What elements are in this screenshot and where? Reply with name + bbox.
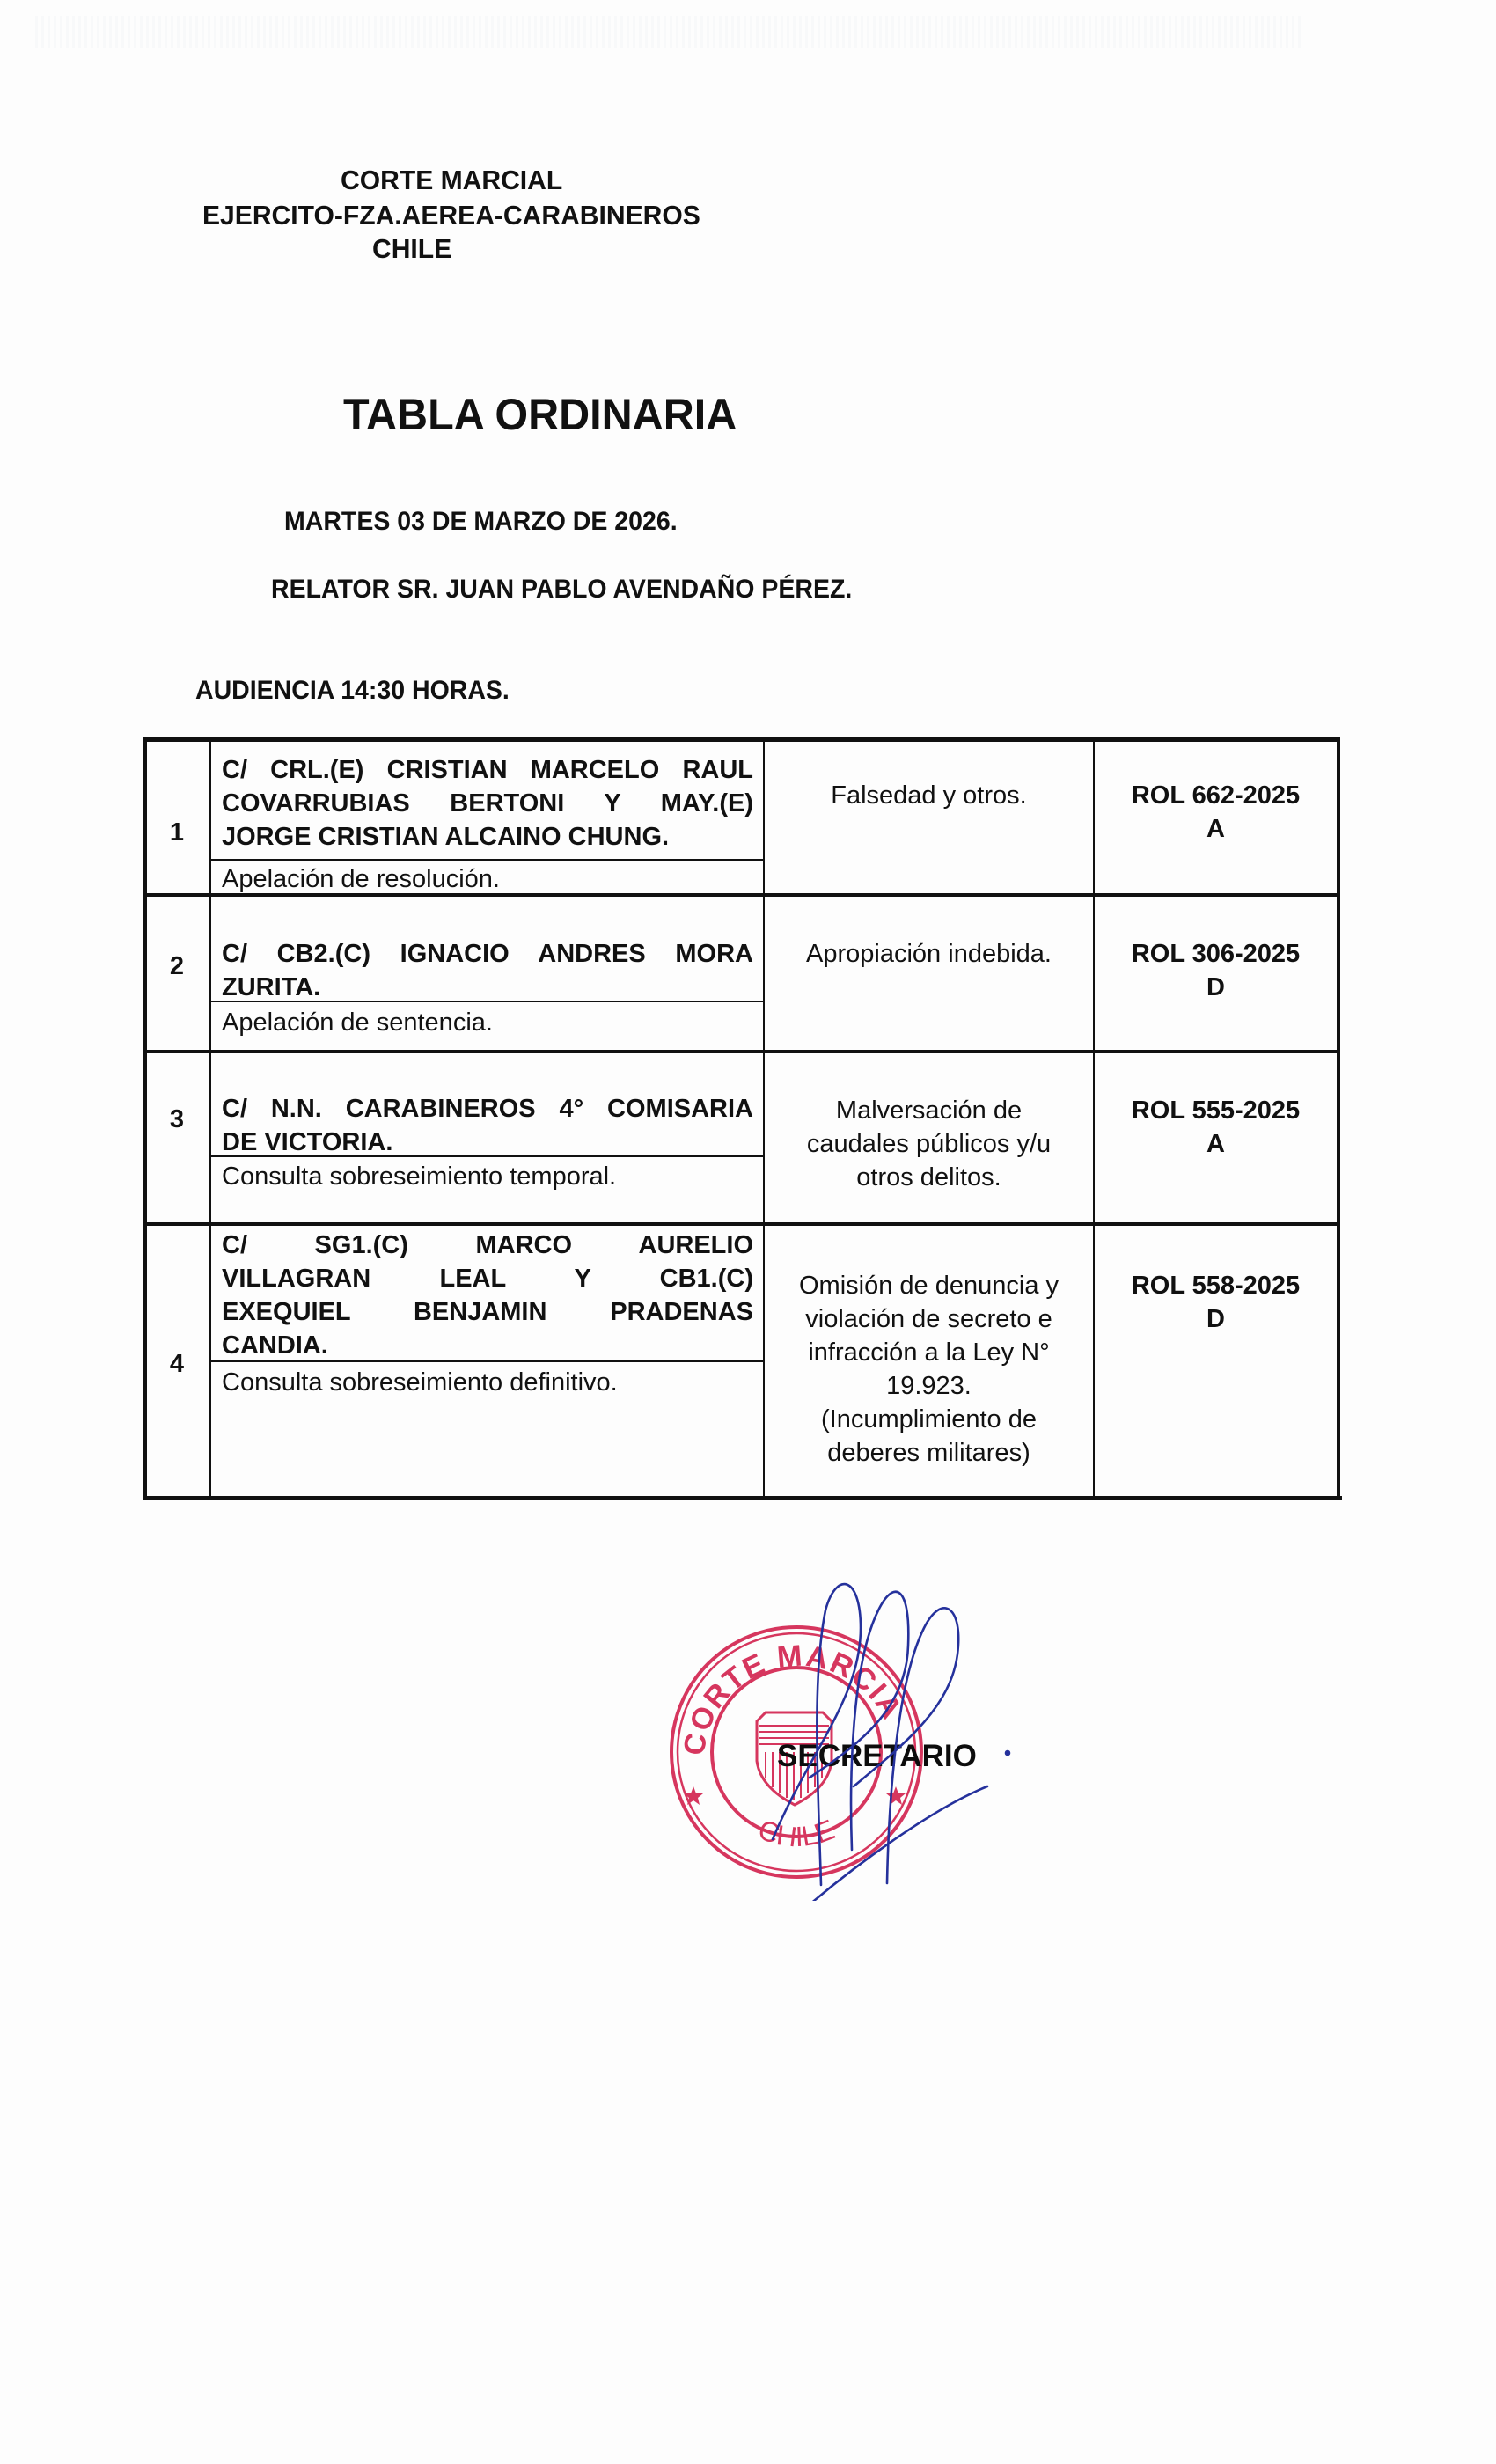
case-procedure: Consulta sobreseimiento temporal. <box>222 1160 616 1193</box>
case-rol: ROL 555-2025 A <box>1095 1094 1337 1161</box>
case-number: 1 <box>143 818 210 847</box>
case-parties: C/ SG1.(C) MARCO AURELIO VILLAGRAN LEAL … <box>222 1228 753 1362</box>
case-parties: C/ CRL.(E) CRISTIAN MARCELO RAUL COVARRU… <box>222 753 753 854</box>
case-offense: Falsedad y otros. <box>765 779 1093 812</box>
table-border-bottom <box>143 1496 1342 1500</box>
sub-divider <box>210 859 764 861</box>
case-procedure: Apelación de sentencia. <box>222 1006 493 1039</box>
table-border-right <box>1337 737 1340 1500</box>
case-rol: ROL 306-2025 D <box>1095 937 1337 1004</box>
hearing-time: AUDIENCIA 14:30 HORAS. <box>195 678 510 704</box>
case-parties: C/ CB2.(C) IGNACIO ANDRES MORA ZURITA. <box>222 937 753 1004</box>
case-offense: Malversación de caudales públicos y/u ot… <box>765 1094 1093 1194</box>
header-country: CHILE <box>372 235 451 262</box>
case-number: 4 <box>143 1350 210 1379</box>
hearing-date: MARTES 03 DE MARZO DE 2026. <box>284 509 678 535</box>
svg-text:CHILE: CHILE <box>754 1814 839 1853</box>
table-border-top <box>143 737 1340 742</box>
case-procedure: Consulta sobreseimiento definitivo. <box>222 1366 618 1399</box>
signatory-title: SECRETARIO <box>777 1741 977 1771</box>
case-rol: ROL 558-2025 D <box>1095 1269 1337 1336</box>
cases-table: 1 C/ CRL.(E) CRISTIAN MARCELO RAUL COVAR… <box>143 737 1340 1500</box>
case-parties: C/ N.N. CARABINEROS 4° COMISARIA DE VICT… <box>222 1092 753 1159</box>
case-offense: Omisión de denuncia y violación de secre… <box>765 1269 1093 1470</box>
scan-artifact <box>35 16 1302 48</box>
case-number: 2 <box>143 952 210 981</box>
stamp-bottom-text: CHILE <box>754 1814 839 1853</box>
relator-name: RELATOR SR. JUAN PABLO AVENDAÑO PÉREZ. <box>271 576 852 603</box>
case-rol: ROL 662-2025 A <box>1095 779 1337 846</box>
case-offense: Apropiación indebida. <box>765 937 1093 971</box>
case-number: 3 <box>143 1105 210 1134</box>
row-divider <box>143 1222 1340 1226</box>
header-branches: EJERCITO-FZA.AEREA-CARABINEROS <box>202 202 700 229</box>
case-procedure: Apelación de resolución. <box>222 862 500 896</box>
header-court-name: CORTE MARCIAL <box>341 166 562 194</box>
row-divider <box>143 1050 1340 1053</box>
document-title: TABLA ORDINARIA <box>343 392 737 436</box>
